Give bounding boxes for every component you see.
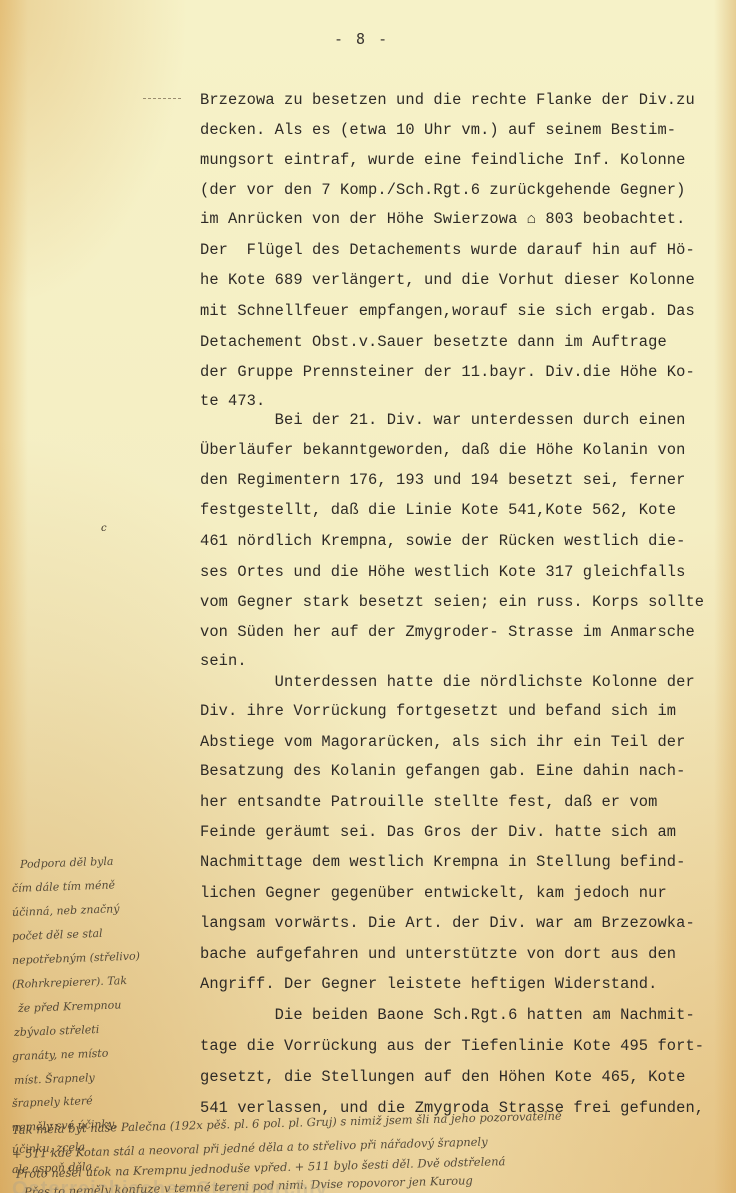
handwritten-line: zbývalo střeleti — [14, 1023, 100, 1039]
typed-line: mungsort eintraf, wurde eine feindliche … — [200, 151, 736, 169]
typed-line: der Gruppe Prennsteiner der 11.bayr. Div… — [200, 363, 736, 381]
typed-line: Nachmittage dem westlich Krempna in Stel… — [200, 853, 736, 871]
handwritten-line: čím dále tím méně — [12, 878, 116, 895]
typed-line: gesetzt, die Stellungen auf den Höhen Ko… — [200, 1068, 736, 1086]
typed-line: sein. — [200, 652, 736, 670]
document-page: - 8 - Brzezowa zu besetzen und die recht… — [0, 0, 736, 1200]
typed-line: vom Gegner stark besetzt seien; ein russ… — [200, 593, 736, 611]
typed-line: te 473. — [200, 392, 736, 410]
typed-line: Der Flügel des Detachements wurde darauf… — [200, 241, 736, 259]
typed-line: Detachement Obst.v.Sauer besetzte dann i… — [200, 333, 736, 351]
typed-line: (der vor den 7 Komp./Sch.Rgt.6 zurückgeh… — [200, 181, 736, 199]
typed-line: he Kote 689 verlängert, und die Vorhut d… — [200, 271, 736, 289]
typed-line: Unterdessen hatte die nördlichste Kolonn… — [200, 673, 736, 691]
typed-line: von Süden her auf der Zmygroder- Strasse… — [200, 623, 736, 641]
typed-line: decken. Als es (etwa 10 Uhr vm.) auf sei… — [200, 121, 736, 139]
typed-line: ses Ortes und die Höhe westlich Kote 317… — [200, 563, 736, 581]
handwritten-line: granáty, ne místo — [12, 1047, 109, 1063]
typed-line: festgestellt, daß die Linie Kote 541,Kot… — [200, 501, 736, 519]
margin-dash-mark — [143, 98, 181, 100]
typed-line: Feinde geräumt sei. Das Gros der Div. ha… — [200, 823, 736, 841]
typed-line: Abstiege vom Magorarücken, als sich ihr … — [200, 733, 736, 751]
scan-bottom-edge — [0, 1193, 736, 1200]
typed-line: im Anrücken von der Höhe Swierzowa ⌂ 803… — [200, 210, 736, 228]
page-number: - 8 - — [334, 30, 389, 48]
typed-line: Bei der 21. Div. war unterdessen durch e… — [200, 411, 736, 429]
typed-line: 461 nördlich Krempna, sowie der Rücken w… — [200, 532, 736, 550]
handwritten-line: míst. Šrapnely — [14, 1071, 95, 1087]
typed-line: Div. ihre Vorrückung fortgesetzt und bef… — [200, 702, 736, 720]
handwritten-line: účinná, neb značný — [12, 902, 120, 919]
handwritten-line: že před Krempnou — [18, 998, 122, 1015]
typed-line: mit Schnellfeuer empfangen,worauf sie si… — [200, 302, 736, 320]
typed-line: Die beiden Baone Sch.Rgt.6 hatten am Nac… — [200, 1006, 736, 1024]
stray-ink-mark: c — [101, 523, 107, 534]
typed-line: bache aufgefahren und unterstützte von d… — [200, 945, 736, 963]
typed-line: her entsandte Patrouille stellte fest, d… — [200, 793, 736, 811]
handwritten-line: (Rohrkrepierer). Tak — [12, 974, 127, 991]
handwritten-line: počet děl se stal — [12, 927, 103, 943]
handwritten-line: šrapnely které — [12, 1094, 93, 1110]
typed-line: Angriff. Der Gegner leistete heftigen Wi… — [200, 975, 736, 993]
typed-line: Überläufer bekanntgeworden, daß die Höhe… — [200, 441, 736, 459]
typed-line: den Regimentern 176, 193 und 194 besetzt… — [200, 471, 736, 489]
typed-line: Besatzung des Kolanin gefangen gab. Eine… — [200, 762, 736, 780]
typed-line: Brzezowa zu besetzen und die rechte Flan… — [200, 91, 736, 109]
typed-line: lichen Gegner gegenüber entwickelt, kam … — [200, 884, 736, 902]
handwritten-line: Podpora děl byla — [20, 855, 114, 871]
typed-line: langsam vorwärts. Die Art. der Div. war … — [200, 914, 736, 932]
typed-line: tage die Vorrückung aus der Tiefenlinie … — [200, 1037, 736, 1055]
handwritten-line: nepotřebným (střelivo) — [12, 950, 140, 967]
